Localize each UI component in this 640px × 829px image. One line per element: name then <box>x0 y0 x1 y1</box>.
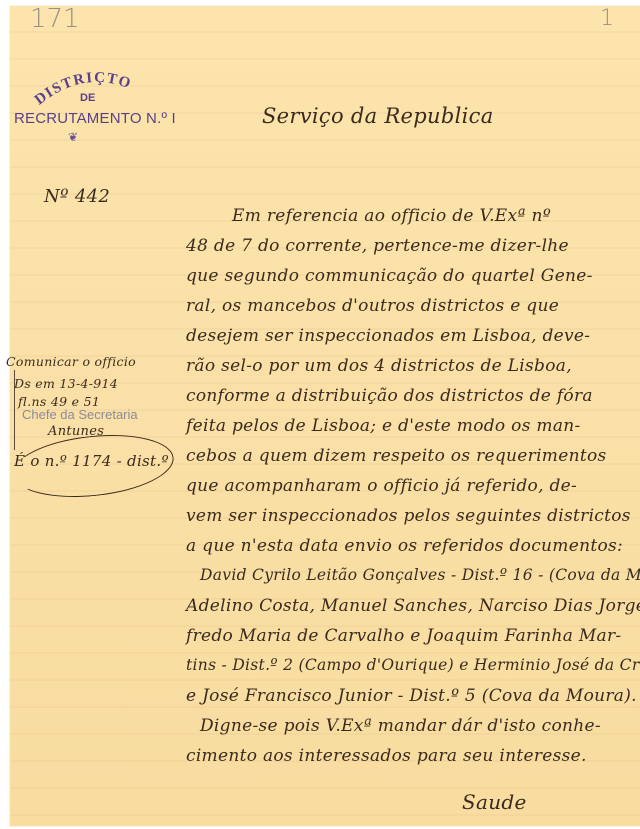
stamp-de: DE <box>80 92 95 104</box>
chefe-secretaria-stamp: Chefe da Secretaria <box>22 407 138 422</box>
body-line: vem ser inspeccionados pelos seguintes d… <box>186 506 631 526</box>
pencil-page-number: 1 <box>600 6 614 31</box>
document-heading: Serviço da Republica <box>262 104 494 128</box>
body-line: Adelino Costa, Manuel Sanches, Narciso D… <box>186 596 640 616</box>
body-line: 48 de 7 do corrente, pertence-me dizer-l… <box>186 236 569 256</box>
body-line: ral, os mancebos d'outros districtos e q… <box>186 296 559 316</box>
stamp-recrutamento: RECRUTAMENTO N.º I <box>14 110 176 127</box>
margin-bracket <box>14 370 23 450</box>
body-line: desejem ser inspeccionados em Lisboa, de… <box>186 326 590 346</box>
body-line: fredo Maria de Carvalho e Joaquim Farinh… <box>186 626 621 646</box>
body-line: conforme a distribuição dos districtos d… <box>186 386 593 406</box>
stamp-ornament-icon: ❦ <box>68 130 78 144</box>
body-line: rão sel-o por um dos 4 districtos de Lis… <box>186 356 572 376</box>
body-line: e José Francisco Junior - Dist.º 5 (Cova… <box>186 686 637 706</box>
body-line: David Cyrilo Leitão Gonçalves - Dist.º 1… <box>200 566 640 584</box>
body-line: a que n'esta data envio os referidos doc… <box>186 536 623 556</box>
body-line: cebos a quem dizem respeito os requerime… <box>186 446 607 466</box>
closing-salutation: Saude <box>462 790 527 814</box>
pencil-folio-number: 171 <box>30 4 80 34</box>
reference-number: Nº 442 <box>44 186 110 207</box>
district-stamp-arc: DISTRIÇTO <box>28 64 168 114</box>
body-line: feita pelos de Lisboa; e d'este modo os … <box>186 416 581 436</box>
body-line: Em referencia ao officio de V.Exª nº <box>232 206 551 226</box>
margin-note-line1: Comunicar o officio <box>6 354 136 369</box>
body-line: que acompanharam o officio já referido, … <box>186 476 577 496</box>
body-line: cimento aos interessados para seu intere… <box>186 746 587 766</box>
margin-note-line2: Ds em 13-4-914 <box>14 376 118 391</box>
body-line: Digne-se pois V.Exª mandar dár d'isto co… <box>200 716 601 736</box>
body-line: que segundo communicação do quartel Gene… <box>186 266 593 286</box>
body-line: tins - Dist.º 2 (Campo d'Ourique) e Herm… <box>186 656 640 674</box>
margin-circled-note: É o n.º 1174 - dist.º <box>14 452 169 470</box>
